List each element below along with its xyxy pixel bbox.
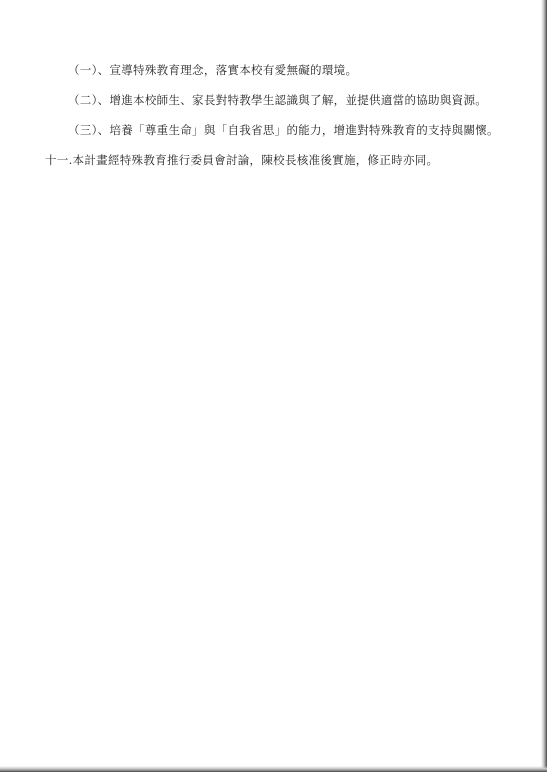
document-content: （一）、宣導特殊教育理念，落實本校有愛無礙的環境。 （二）、增進本校師生、家長對… <box>0 55 539 175</box>
page-edge-shadow-bottom <box>0 766 547 772</box>
list-item-3: （三）、培養「尊重生命」與「自我省思」的能力，增進對特殊教育的支持與關懷。 <box>0 115 539 145</box>
list-item-4: 十一.本計畫經特殊教育推行委員會討論，陳校長核准後實施，修正時亦同。 <box>0 145 539 175</box>
list-item-1: （一）、宣導特殊教育理念，落實本校有愛無礙的環境。 <box>0 55 539 85</box>
list-item-2: （二）、增進本校師生、家長對特教學生認識與了解，並提供適當的協助與資源。 <box>0 85 539 115</box>
document-page: （一）、宣導特殊教育理念，落實本校有愛無礙的環境。 （二）、增進本校師生、家長對… <box>0 0 547 772</box>
page-edge-shadow-right <box>541 0 547 772</box>
